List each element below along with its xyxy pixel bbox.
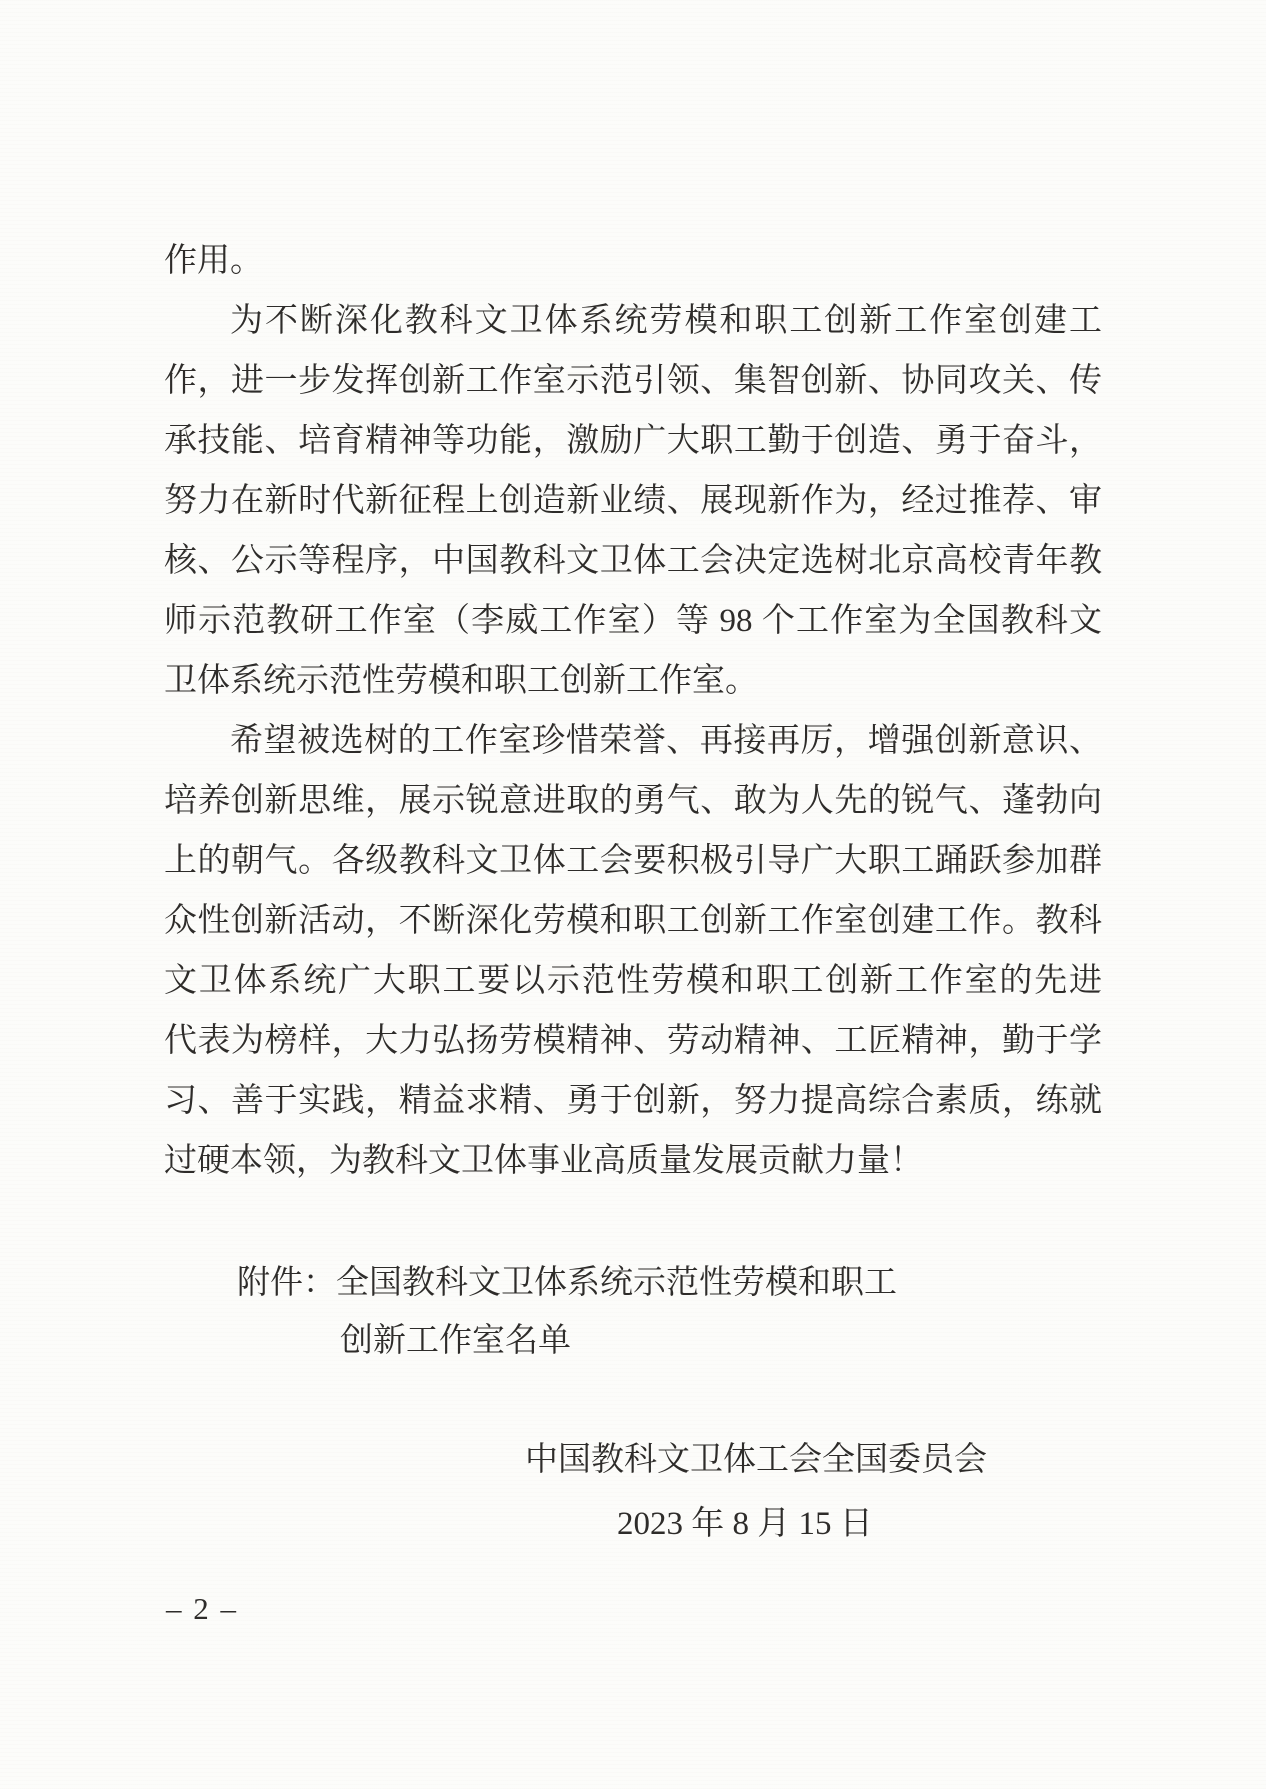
- body-line: 师示范教研工作室（李威工作室）等 98 个工作室为全国教科文: [164, 600, 1102, 660]
- attachment-note: 附件：全国教科文卫体系统示范性劳模和职工 创新工作室名单: [237, 1262, 897, 1378]
- body-line: 众性创新活动，不断深化劳模和职工创新工作室创建工作。教科: [164, 900, 1102, 960]
- body-line: 培养创新思维，展示锐意进取的勇气、敢为人先的锐气、蓬勃向: [164, 780, 1102, 840]
- signature-organization: 中国教科文卫体工会全国委员会: [525, 1440, 987, 1480]
- body-line: 努力在新时代新征程上创造新业绩、展现新作为，经过推荐、审: [164, 480, 1102, 540]
- body-line: 核、公示等程序，中国教科文卫体工会决定选树北京高校青年教: [164, 540, 1102, 600]
- body-line: 为不断深化教科文卫体系统劳模和职工创新工作室创建工: [164, 300, 1102, 360]
- body-line: 承技能、培育精神等功能，激励广大职工勤于创造、勇于奋斗，: [164, 420, 1102, 480]
- body-line: 希望被选树的工作室珍惜荣誉、再接再厉，增强创新意识、: [164, 720, 1102, 780]
- document-body: 作用。 为不断深化教科文卫体系统劳模和职工创新工作室创建工 作，进一步发挥创新工…: [164, 240, 1102, 1200]
- document-page: 作用。 为不断深化教科文卫体系统劳模和职工创新工作室创建工 作，进一步发挥创新工…: [0, 0, 1266, 1789]
- attachment-line: 创新工作室名单: [237, 1320, 897, 1378]
- body-line: 习、善于实践，精益求精、勇于创新，努力提高综合素质，练就: [164, 1080, 1102, 1140]
- body-line: 卫体系统示范性劳模和职工创新工作室。: [164, 660, 1102, 720]
- body-line: 作用。: [164, 240, 1102, 300]
- body-line: 作，进一步发挥创新工作室示范引领、集智创新、协同攻关、传: [164, 360, 1102, 420]
- body-line: 代表为榜样，大力弘扬劳模精神、劳动精神、工匠精神，勤于学: [164, 1020, 1102, 1080]
- body-line: 文卫体系统广大职工要以示范性劳模和职工创新工作室的先进: [164, 960, 1102, 1020]
- attachment-line: 附件：全国教科文卫体系统示范性劳模和职工: [237, 1262, 897, 1320]
- body-line: 过硬本领，为教科文卫体事业高质量发展贡献力量！: [164, 1140, 1102, 1200]
- page-number: – 2 –: [166, 1591, 238, 1627]
- body-line: 上的朝气。各级教科文卫体工会要积极引导广大职工踊跃参加群: [164, 840, 1102, 900]
- signature-date: 2023 年 8 月 15 日: [617, 1504, 873, 1544]
